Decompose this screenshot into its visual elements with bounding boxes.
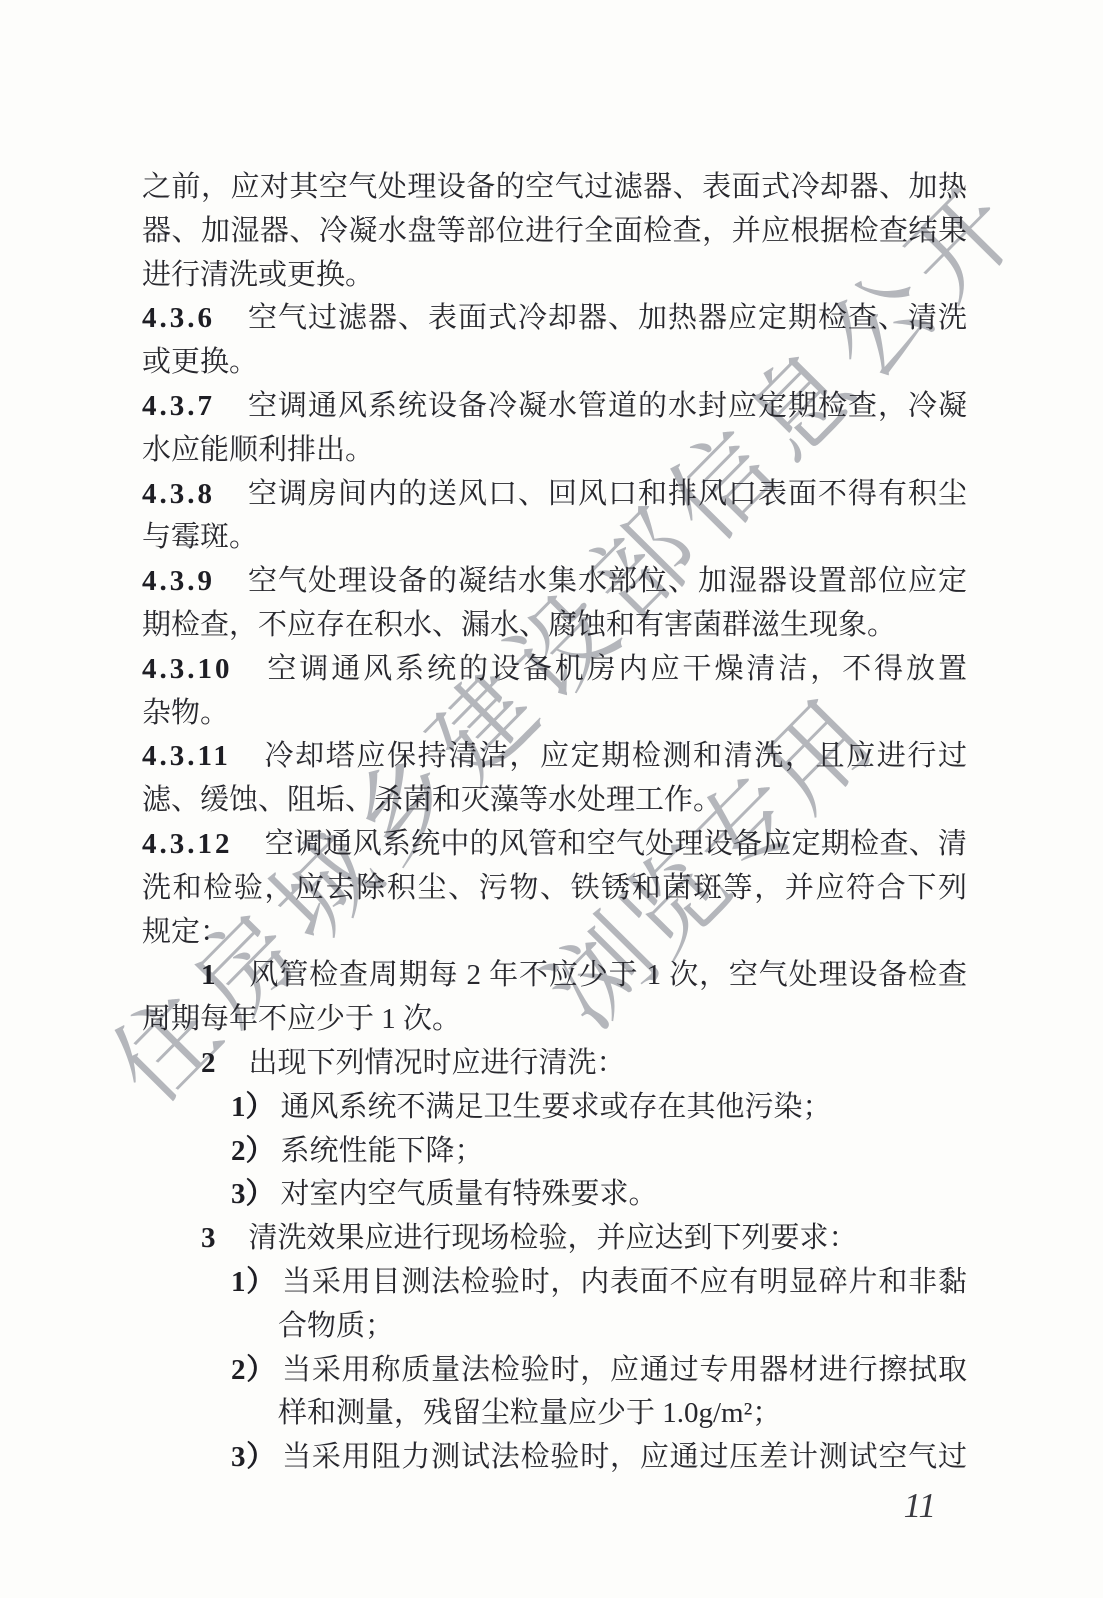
line-text: 空调通风系统中的风管和空气处理设备应定期检查、清 (265, 828, 968, 860)
line-text: 滤、缓蚀、阻垢、杀菌和灭藻等水处理工作。 (142, 784, 722, 816)
doc-line: 滤、缓蚀、阻垢、杀菌和灭藻等水处理工作。 (142, 779, 967, 823)
doc-line: 1）当采用目测法检验时，内表面不应有明显碎片和非黏 (142, 1261, 967, 1305)
line-text: 样和测量，残留尘粒量应少于 1.0g/m²； (278, 1397, 781, 1429)
doc-line: 与霉斑。 (142, 516, 967, 560)
doc-line: 1）通风系统不满足卫生要求或存在其他污染； (142, 1086, 967, 1130)
doc-line: 器、加湿器、冷凝水盘等部位进行全面检查，并应根据检查结果 (142, 210, 967, 254)
doc-line: 水应能顺利排出。 (142, 429, 967, 473)
line-text: 期检查，不应存在积水、漏水、腐蚀和有害菌群滋生现象。 (142, 609, 896, 641)
clause-number: 4.3.9 (142, 565, 215, 597)
doc-line: 4.3.12空调通风系统中的风管和空气处理设备应定期检查、清 (142, 823, 967, 867)
doc-line: 合物质； (142, 1305, 967, 1349)
clause-number: 1） (231, 1091, 275, 1123)
line-text: 清洗效果应进行现场检验，并应达到下列要求： (249, 1222, 858, 1254)
doc-line: 1风管检查周期每 2 年不应少于 1 次，空气处理设备检查 (142, 954, 967, 998)
line-text: 洗和检验，应去除积尘、污物、铁锈和菌斑等，并应符合下列 (142, 872, 967, 904)
doc-line: 2出现下列情况时应进行清洗： (142, 1042, 967, 1086)
line-text: 空调通风系统设备冷凝水管道的水封应定期检查，冷凝 (247, 390, 967, 422)
line-text: 系统性能下降； (281, 1135, 484, 1167)
line-text: 当采用阻力测试法检验时，应通过压差计测试空气过 (282, 1441, 967, 1473)
line-text: 空气过滤器、表面式冷却器、加热器应定期检查、清洗 (247, 302, 967, 334)
doc-line: 4.3.7空调通风系统设备冷凝水管道的水封应定期检查，冷凝 (142, 385, 967, 429)
line-text: 当采用称质量法检验时，应通过专用器材进行擦拭取 (282, 1354, 967, 1386)
doc-line: 4.3.9空气处理设备的凝结水集水部位、加湿器设置部位应定 (142, 560, 967, 604)
line-text: 空调房间内的送风口、回风口和排风口表面不得有积尘 (247, 478, 967, 510)
clause-number: 3） (231, 1178, 275, 1210)
doc-line: 周期每年不应少于 1 次。 (142, 998, 967, 1042)
line-text: 或更换。 (142, 346, 258, 378)
clause-number: 4.3.10 (142, 653, 233, 685)
clause-number: 4.3.11 (142, 740, 231, 772)
clause-number: 2 (201, 1047, 216, 1079)
line-text: 空调通风系统的设备机房内应干燥清洁，不得放置 (265, 653, 968, 685)
line-text: 规定： (142, 916, 229, 948)
doc-line: 期检查，不应存在积水、漏水、腐蚀和有害菌群滋生现象。 (142, 604, 967, 648)
doc-line: 之前，应对其空气处理设备的空气过滤器、表面式冷却器、加热 (142, 166, 967, 210)
clause-number: 1） (231, 1266, 276, 1298)
line-text: 冷却塔应保持清洁，应定期检测和清洗，且应进行过 (263, 740, 967, 772)
clause-number: 4.3.12 (142, 828, 233, 860)
doc-line: 3清洗效果应进行现场检验，并应达到下列要求： (142, 1217, 967, 1261)
doc-line: 4.3.11冷却塔应保持清洁，应定期检测和清洗，且应进行过 (142, 735, 967, 779)
clause-number: 2） (231, 1354, 276, 1386)
line-text: 器、加湿器、冷凝水盘等部位进行全面检查，并应根据检查结果 (142, 215, 967, 247)
line-text: 之前，应对其空气处理设备的空气过滤器、表面式冷却器、加热 (142, 171, 967, 203)
doc-line: 2）当采用称质量法检验时，应通过专用器材进行擦拭取 (142, 1349, 967, 1393)
clause-number: 4.3.8 (142, 478, 215, 510)
line-text: 出现下列情况时应进行清洗： (249, 1047, 626, 1079)
line-text: 风管检查周期每 2 年不应少于 1 次，空气处理设备检查 (249, 959, 968, 991)
line-text: 对室内空气质量有特殊要求。 (281, 1178, 658, 1210)
line-text: 周期每年不应少于 1 次。 (142, 1003, 461, 1035)
doc-line: 规定： (142, 911, 967, 955)
doc-line: 进行清洗或更换。 (142, 254, 967, 298)
clause-number: 2） (231, 1135, 275, 1167)
line-text: 通风系统不满足卫生要求或存在其他污染； (281, 1091, 832, 1123)
line-text: 合物质； (278, 1310, 394, 1342)
clause-number: 3） (231, 1441, 276, 1473)
clause-number: 1 (201, 959, 216, 991)
doc-line: 2）系统性能下降； (142, 1130, 967, 1174)
clause-number: 3 (201, 1222, 216, 1254)
doc-line: 洗和检验，应去除积尘、污物、铁锈和菌斑等，并应符合下列 (142, 867, 967, 911)
text-block: 之前，应对其空气处理设备的空气过滤器、表面式冷却器、加热器、加湿器、冷凝水盘等部… (142, 166, 967, 1480)
page-number: 11 (876, 1486, 936, 1526)
doc-line: 3）对室内空气质量有特殊要求。 (142, 1173, 967, 1217)
doc-line: 4.3.8空调房间内的送风口、回风口和排风口表面不得有积尘 (142, 473, 967, 517)
doc-line: 杂物。 (142, 692, 967, 736)
doc-line: 样和测量，残留尘粒量应少于 1.0g/m²； (142, 1392, 967, 1436)
line-text: 与霉斑。 (142, 521, 258, 553)
doc-line: 4.3.6空气过滤器、表面式冷却器、加热器应定期检查、清洗 (142, 297, 967, 341)
clause-number: 4.3.7 (142, 390, 215, 422)
line-text: 水应能顺利排出。 (142, 434, 374, 466)
doc-line: 4.3.10空调通风系统的设备机房内应干燥清洁，不得放置 (142, 648, 967, 692)
doc-line: 3）当采用阻力测试法检验时，应通过压差计测试空气过 (142, 1436, 967, 1480)
document-page: 住房城乡建设部信息公开 浏览专用 之前，应对其空气处理设备的空气过滤器、表面式冷… (0, 0, 1103, 1598)
clause-number: 4.3.6 (142, 302, 215, 334)
line-text: 当采用目测法检验时，内表面不应有明显碎片和非黏 (282, 1266, 967, 1298)
line-text: 进行清洗或更换。 (142, 259, 374, 291)
doc-line: 或更换。 (142, 341, 967, 385)
line-text: 杂物。 (142, 697, 229, 729)
line-text: 空气处理设备的凝结水集水部位、加湿器设置部位应定 (247, 565, 967, 597)
